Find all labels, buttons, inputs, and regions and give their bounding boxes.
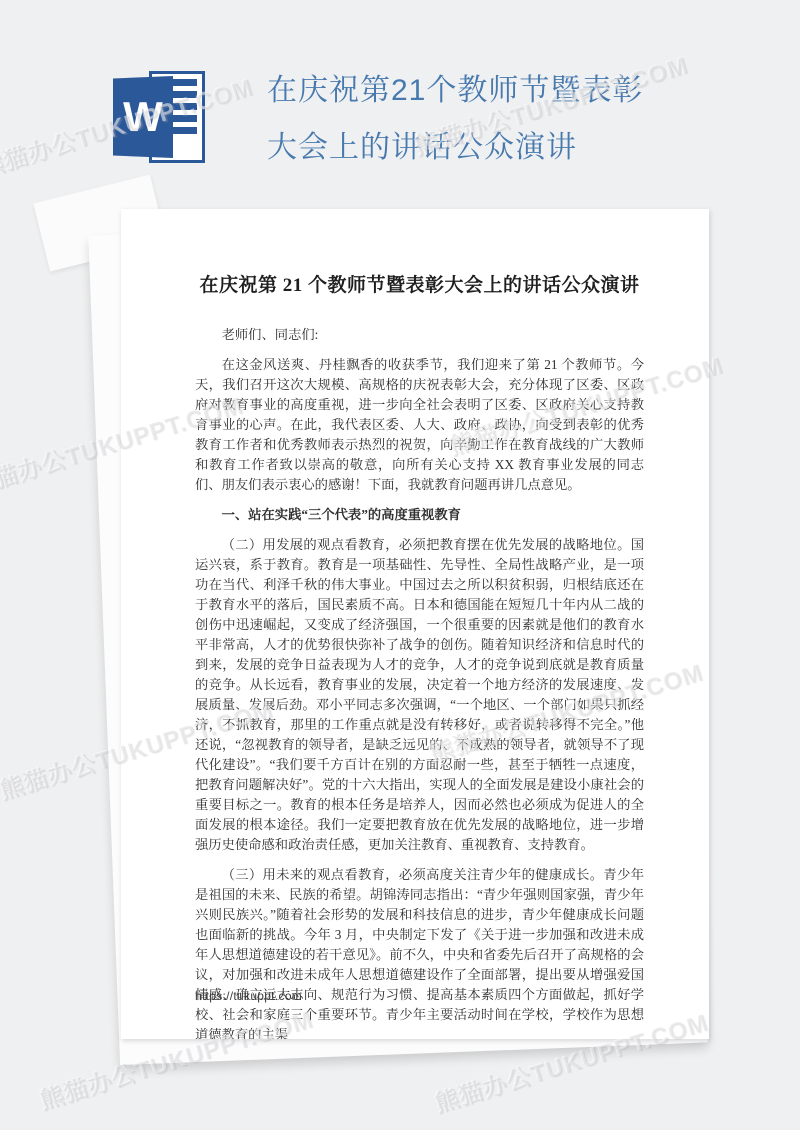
word-icon: W [113, 71, 208, 163]
page-title-line1: 在庆祝第21个教师节暨表彰 [267, 62, 737, 119]
document-body: 在这金风送爽、丹桂飘香的收获季节，我们迎来了第 21 个教师节。今天，我们召开这… [195, 355, 644, 1039]
greeting: 老师们、同志们: [195, 325, 644, 345]
section-heading: 一、站在实践“三个代表”的高度重视教育 [195, 505, 644, 525]
page-title-line2: 大会上的讲话公众演讲 [267, 119, 737, 176]
paragraph: （三）用未来的观点看教育，必须高度关注青少年的健康成长。青少年是祖国的未来、民族… [195, 865, 644, 1039]
page-background: W 在庆祝第21个教师节暨表彰 大会上的讲话公众演讲 在庆祝第 21 个教师节暨… [0, 0, 800, 1130]
paragraph: （二）用发展的观点看教育，必须把教育摆在优先发展的战略地位。国运兴衰，系于教育。… [195, 535, 644, 855]
page-title: 在庆祝第21个教师节暨表彰 大会上的讲话公众演讲 [267, 62, 737, 176]
document-content: 在庆祝第 21 个教师节暨表彰大会上的讲话公众演讲 老师们、同志们: 在这金风送… [121, 209, 709, 1039]
word-icon-letter: W [113, 76, 173, 158]
paragraph: 在这金风送爽、丹桂飘香的收获季节，我们迎来了第 21 个教师节。今天，我们召开这… [195, 355, 644, 495]
footer-url: https://tukuppt.com [195, 989, 302, 1003]
document-title: 在庆祝第 21 个教师节暨表彰大会上的讲话公众演讲 [195, 271, 644, 301]
document-page: 在庆祝第 21 个教师节暨表彰大会上的讲话公众演讲 老师们、同志们: 在这金风送… [121, 209, 709, 1039]
